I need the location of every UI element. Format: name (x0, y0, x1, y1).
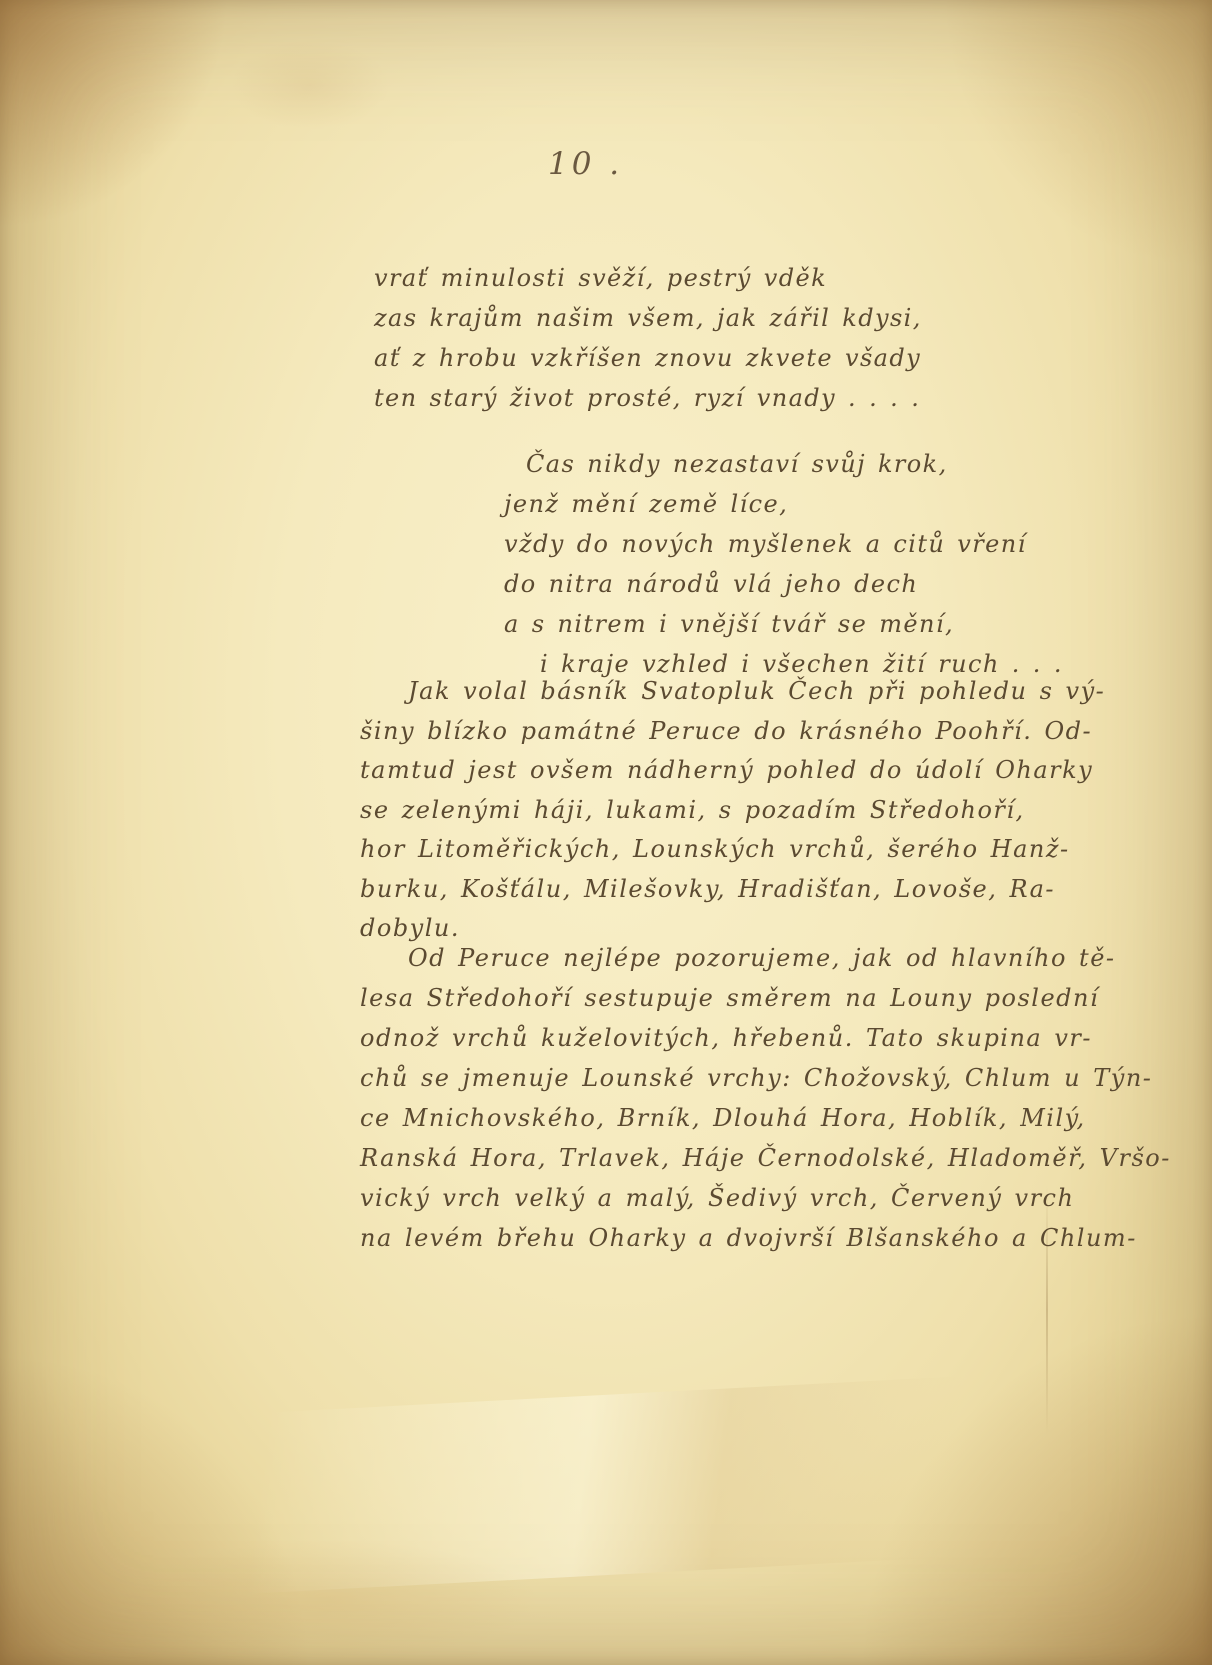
body-text-line: hor Litoměřických, Lounských vrchů, šeré… (360, 830, 1105, 870)
poem-line: jenž mění země líce, (504, 484, 1063, 524)
body-text-line: chů se jmenuje Lounské vrchy: Chožovský,… (360, 1058, 1171, 1098)
poem-line: ten starý život prosté, ryzí vnady . . .… (374, 378, 922, 418)
poem-line: a s nitrem i vnější tvář se mění, (504, 604, 1063, 644)
poem-line: vrať minulosti svěží, pestrý vděk (374, 258, 922, 298)
poem-stanza-1: vrať minulosti svěží, pestrý vděk zas kr… (374, 258, 922, 418)
body-text-line: odnož vrchů kuželovitých, hřebenů. Tato … (360, 1018, 1171, 1058)
poem-line: do nitra národů vlá jeho dech (504, 564, 1063, 604)
body-text-line: burku, Košťálu, Milešovky, Hradišťan, Lo… (360, 870, 1105, 910)
poem-line: Čas nikdy nezastaví svůj krok, (504, 444, 1063, 484)
body-text-line: tamtud jest ovšem nádherný pohled do údo… (360, 751, 1105, 791)
poem-line: ať z hrobu vzkříšen znovu zkvete všady (374, 338, 922, 378)
body-paragraph-2: Od Peruce nejlépe pozorujeme, jak od hla… (360, 938, 1171, 1258)
body-text-line: Jak volal básník Svatopluk Čech při pohl… (360, 672, 1105, 712)
page-number: 10 . (548, 146, 623, 182)
body-text-line: na levém břehu Oharky a dvojvrší Blšansk… (360, 1218, 1171, 1258)
body-text-line: vický vrch velký a malý, Šedivý vrch, Če… (360, 1178, 1171, 1218)
body-paragraph-1: Jak volal básník Svatopluk Čech při pohl… (360, 672, 1105, 949)
body-text-line: ce Mnichovského, Brník, Dlouhá Hora, Hob… (360, 1098, 1171, 1138)
poem-line: vždy do nových myšlenek a citů vření (504, 524, 1063, 564)
body-text-line: se zelenými háji, lukami, s pozadím Stře… (360, 791, 1105, 831)
body-text-line: Od Peruce nejlépe pozorujeme, jak od hla… (360, 938, 1171, 978)
paper-stain (230, 40, 390, 130)
poem-line: zas krajům našim všem, jak zářil kdysi, (374, 298, 922, 338)
body-text-line: Ranská Hora, Trlavek, Háje Černodolské, … (360, 1138, 1171, 1178)
poem-stanza-2: Čas nikdy nezastaví svůj krok, jenž mění… (504, 444, 1063, 684)
body-text-line: lesa Středohoří sestupuje směrem na Loun… (360, 978, 1171, 1018)
body-text-line: šiny blízko památné Peruce do krásného P… (360, 712, 1105, 752)
paper-stain (120, 1540, 540, 1660)
manuscript-page: 10 . vrať minulosti svěží, pestrý vděk z… (0, 0, 1212, 1665)
